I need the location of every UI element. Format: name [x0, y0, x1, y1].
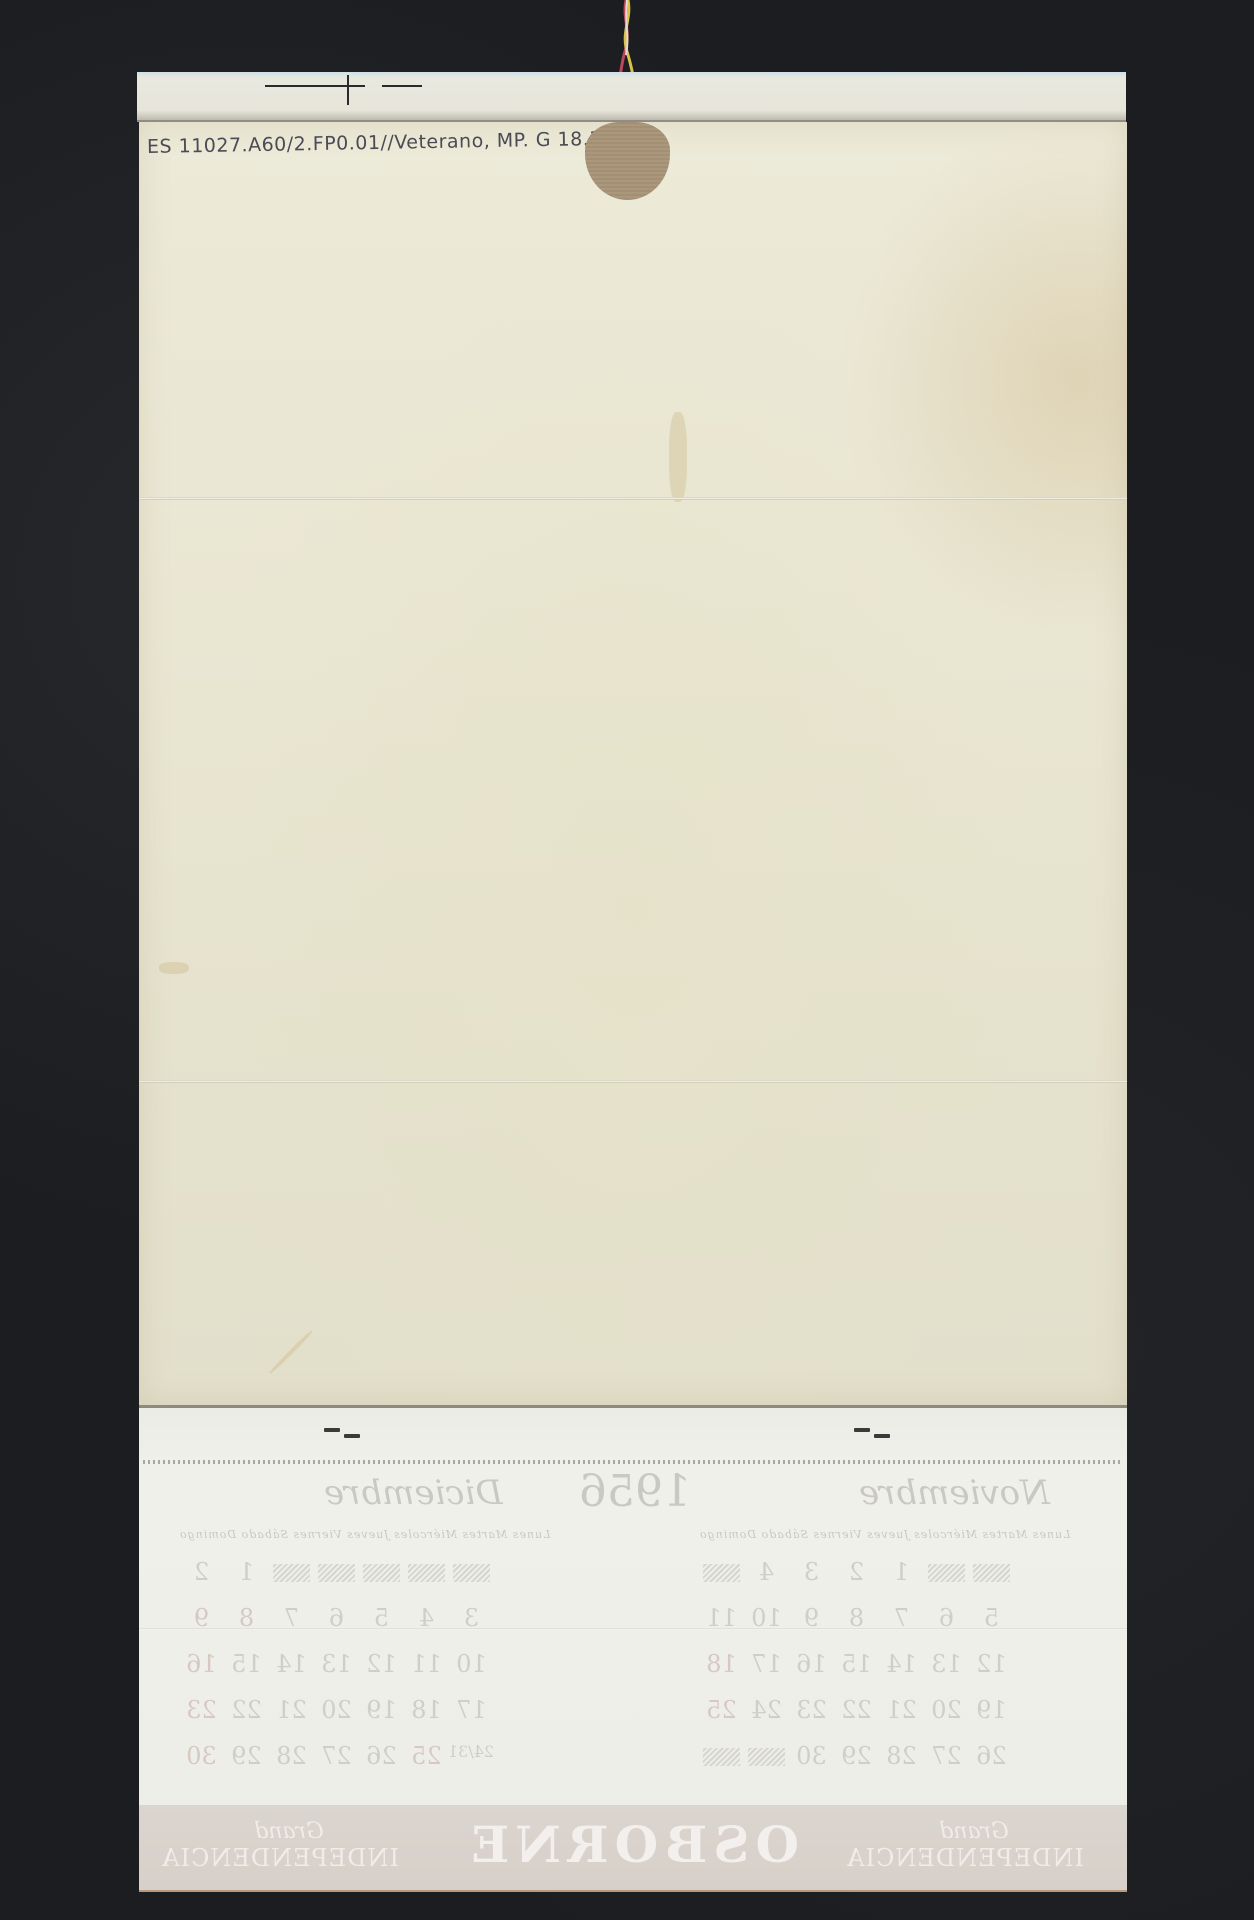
day-cell: 16 — [789, 1650, 834, 1680]
day-cell: 7 — [269, 1604, 314, 1634]
year-label: 1956 — [579, 1466, 691, 1517]
day-cell: 30 — [789, 1742, 834, 1772]
month-grid-noviembre: 1 2 3 4 5 6 7 8 9 10 11 12 13 14 15 16 1… — [699, 1558, 1014, 1772]
stain — [159, 962, 189, 974]
day-cell: 27 — [314, 1742, 359, 1772]
weekday-header: Lunes Martes Miércoles Jueves Viernes Sá… — [179, 1528, 550, 1541]
registration-mark — [382, 85, 422, 87]
day-cell: 3 — [449, 1604, 494, 1634]
day-cell: 29 — [224, 1742, 269, 1772]
product-name-top: Grand — [864, 1819, 1084, 1844]
day-cell: 18 — [699, 1650, 744, 1680]
day-cell: 15 — [224, 1650, 269, 1680]
day-cell — [318, 1564, 355, 1582]
day-cell — [973, 1564, 1010, 1582]
registration-mark — [265, 85, 365, 87]
staple — [344, 1434, 360, 1438]
registration-mark — [347, 75, 349, 105]
day-cell — [748, 1748, 785, 1766]
day-cell: 14 — [269, 1650, 314, 1680]
product-name-bottom: INDEPENDENCIA — [864, 1844, 1084, 1872]
day-cell: 2 — [179, 1558, 224, 1588]
day-cell — [703, 1564, 740, 1582]
fold-crease — [139, 1080, 1127, 1083]
day-cell: 9 — [179, 1604, 224, 1634]
brand-band: Grand INDEPENDENCIA OSBORNE Grand INDEPE… — [139, 1805, 1127, 1892]
main-sheet: ES 11027.A60/2.FP0.01//Veterano, MP. G 1… — [139, 122, 1127, 1405]
stain — [669, 412, 687, 502]
month-title-noviembre: Noviembre — [859, 1473, 1050, 1513]
day-cell: 23 — [179, 1696, 224, 1726]
day-cell: 14 — [879, 1650, 924, 1680]
day-cell: 4 — [404, 1604, 449, 1634]
day-cell: 13 — [924, 1650, 969, 1680]
day-cell: 23 — [789, 1696, 834, 1726]
day-cell — [273, 1564, 310, 1582]
day-cell: 6 — [924, 1604, 969, 1634]
day-cell: 20 — [924, 1696, 969, 1726]
day-cell: 1 — [224, 1558, 269, 1588]
day-cell: 8 — [834, 1604, 879, 1634]
day-cell: 15 — [834, 1650, 879, 1680]
day-cell: 13 — [314, 1650, 359, 1680]
day-cell: 30 — [179, 1742, 224, 1772]
day-cell — [363, 1564, 400, 1582]
day-cell: 1 — [879, 1558, 924, 1588]
day-cell: 25 — [404, 1742, 449, 1772]
day-cell: 10 — [449, 1650, 494, 1680]
day-cell: 2 — [834, 1558, 879, 1588]
product-name-top: Grand — [179, 1819, 399, 1844]
day-cell: 22 — [834, 1696, 879, 1726]
day-cell: 18 — [404, 1696, 449, 1726]
day-cell: 11 — [699, 1604, 744, 1634]
day-cell: 5 — [969, 1604, 1014, 1634]
day-cell: 20 — [314, 1696, 359, 1726]
day-cell: 21 — [879, 1696, 924, 1726]
day-cell: 24/31 — [449, 1742, 494, 1772]
staple — [874, 1434, 890, 1438]
calendar-strip: Noviembre 1956 Diciembre Lunes Martes Mi… — [139, 1405, 1127, 1805]
day-cell — [928, 1564, 965, 1582]
day-cell: 17 — [449, 1696, 494, 1726]
day-cell: 27 — [924, 1742, 969, 1772]
product-name-bottom: INDEPENDENCIA — [179, 1844, 399, 1872]
month-title-diciembre: Diciembre — [324, 1473, 503, 1513]
day-cell: 25 — [699, 1696, 744, 1726]
weekday-header: Lunes Martes Miércoles Jueves Viernes Sá… — [699, 1528, 1070, 1541]
day-cell: 17 — [744, 1650, 789, 1680]
day-cell — [453, 1564, 490, 1582]
day-cell: 9 — [789, 1604, 834, 1634]
product-logo-left: Grand INDEPENDENCIA — [179, 1819, 399, 1872]
day-cell: 5 — [359, 1604, 404, 1634]
brand-name: OSBORNE — [479, 1815, 799, 1874]
stain — [268, 1329, 313, 1374]
day-cell: 26 — [969, 1742, 1014, 1772]
day-cell: 11 — [404, 1650, 449, 1680]
day-cell: 19 — [359, 1696, 404, 1726]
product-logo-right: Grand INDEPENDENCIA — [864, 1819, 1084, 1872]
day-cell: 3 — [789, 1558, 834, 1588]
day-cell: 22 — [224, 1696, 269, 1726]
month-grid-diciembre: 1 2 3 4 5 6 7 8 9 10 11 12 13 14 15 16 1… — [179, 1558, 494, 1772]
fold-crease — [139, 497, 1127, 500]
top-binding-strip — [137, 72, 1126, 122]
archive-reference: ES 11027.A60/2.FP0.01//Veterano, MP. G 1… — [147, 128, 602, 158]
day-cell: 21 — [269, 1696, 314, 1726]
day-cell: 26 — [359, 1742, 404, 1772]
day-cell: 6 — [314, 1604, 359, 1634]
day-cell — [408, 1564, 445, 1582]
day-cell: 28 — [269, 1742, 314, 1772]
staple — [854, 1428, 870, 1432]
day-cell: 10 — [744, 1604, 789, 1634]
day-cell: 8 — [224, 1604, 269, 1634]
day-cell: 12 — [359, 1650, 404, 1680]
day-cell: 7 — [879, 1604, 924, 1634]
day-cell: 16 — [179, 1650, 224, 1680]
perforation-line — [143, 1460, 1123, 1464]
day-cell: 29 — [834, 1742, 879, 1772]
day-cell: 4 — [744, 1558, 789, 1588]
day-cell: 12 — [969, 1650, 1014, 1680]
day-cell: 19 — [969, 1696, 1014, 1726]
day-cell — [703, 1748, 740, 1766]
day-cell: 28 — [879, 1742, 924, 1772]
day-cell: 24 — [744, 1696, 789, 1726]
staple — [324, 1428, 340, 1432]
